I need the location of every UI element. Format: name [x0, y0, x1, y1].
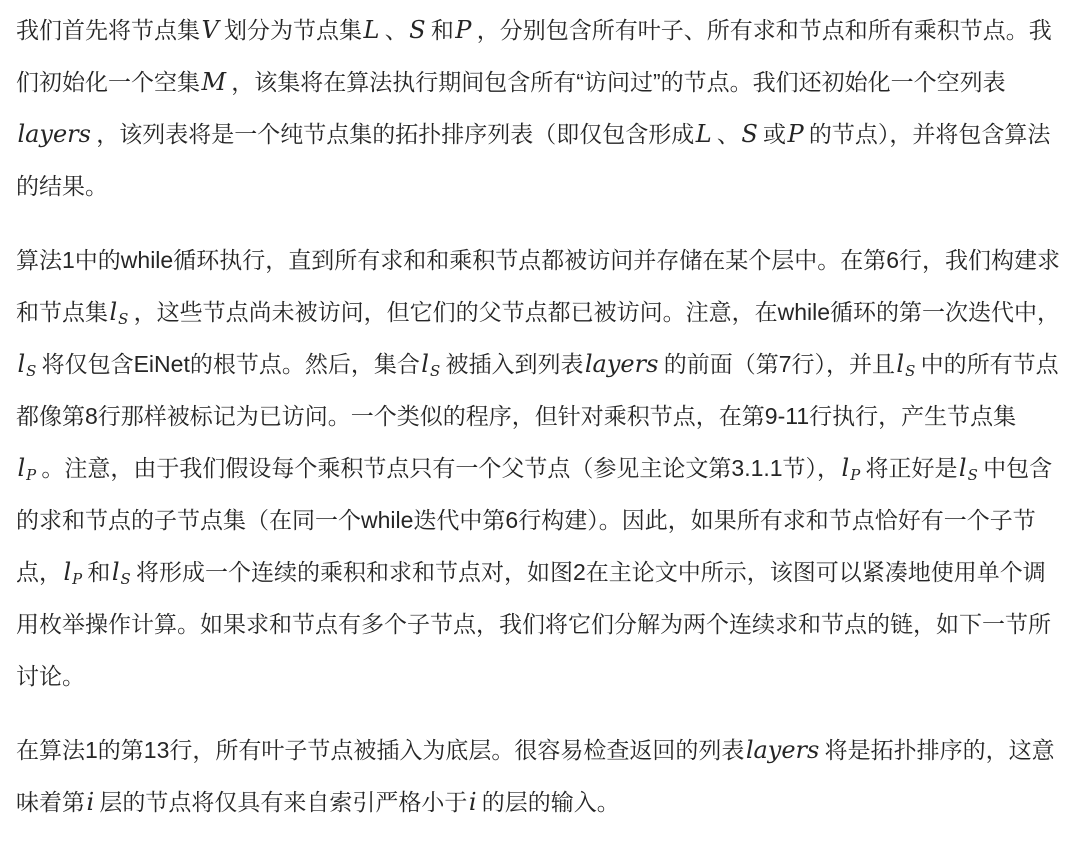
text-run: 、	[385, 17, 408, 43]
math-subscript: S	[968, 466, 978, 484]
math-symbol: S	[409, 16, 425, 44]
text-run: 和	[87, 559, 110, 585]
math-symbol: P	[455, 16, 471, 44]
math-subscript: P	[72, 570, 82, 588]
paragraph: 我们首先将节点集V划分为节点集L、S和P，分别包含所有叶子、所有求和节点和所有乘…	[16, 4, 1064, 212]
math-symbol: P	[787, 120, 803, 148]
text-run: 将形成一个连续的乘积和求和节点对，如图2在主论文中所示，该图可以紧凑地使用单个调…	[16, 559, 1051, 689]
math-symbol-subscripted: lP	[63, 558, 82, 586]
math-subscript: S	[430, 362, 440, 380]
math-subscript: S	[905, 362, 915, 380]
math-symbol: L	[696, 120, 712, 148]
math-symbol: V	[201, 16, 218, 44]
text-run: 被插入到列表	[445, 351, 583, 377]
math-symbol: layers	[746, 736, 820, 764]
math-subscript: P	[850, 466, 860, 484]
math-symbol-subscripted: lP	[17, 454, 36, 482]
math-symbol-subscripted: lS	[109, 298, 128, 326]
math-symbol-subscripted: lP	[842, 454, 861, 482]
math-symbol: i	[469, 788, 477, 816]
math-subscript: S	[118, 310, 128, 328]
math-subscript: P	[26, 466, 36, 484]
text-run: 划分为节点集	[224, 17, 362, 43]
text-run: ，该集将在算法执行期间包含所有“访问过”的节点。我们还初始化一个空列表	[231, 69, 1005, 95]
text-run: 或	[763, 121, 786, 147]
math-symbol: i	[86, 788, 94, 816]
math-symbol-subscripted: lS	[421, 350, 440, 378]
text-run: 和	[431, 17, 454, 43]
math-symbol: L	[363, 16, 379, 44]
text-run: 。注意，由于我们假设每个乘积节点只有一个父节点（参见主论文第3.1.1节），	[41, 455, 840, 481]
text-run: ，该列表将是一个纯节点集的拓扑排序列表（即仅包含形成	[96, 121, 694, 147]
math-symbol: M	[201, 68, 226, 96]
math-symbol-subscripted: lS	[17, 350, 36, 378]
paragraph: 在算法1的第13行，所有叶子节点被插入为底层。很容易检查返回的列表layers将…	[16, 724, 1064, 828]
math-subscript: S	[26, 362, 36, 380]
text-run: 、	[717, 121, 740, 147]
text-run: 将正好是	[865, 455, 957, 481]
math-symbol: layers	[17, 120, 91, 148]
math-symbol: layers	[585, 350, 659, 378]
article-body: 我们首先将节点集V划分为节点集L、S和P，分别包含所有叶子、所有求和节点和所有乘…	[0, 0, 1080, 848]
text-run: 的层的输入。	[482, 789, 620, 815]
text-run: 在算法1的第13行，所有叶子节点被插入为底层。很容易检查返回的列表	[16, 737, 744, 763]
math-symbol-subscripted: lS	[112, 558, 131, 586]
math-symbol: S	[741, 120, 757, 148]
text-run: ，这些节点尚未被访问，但它们的父节点都已被访问。注意，在while循环的第一次迭…	[134, 299, 1060, 325]
text-run: 我们首先将节点集	[16, 17, 200, 43]
text-run: 将仅包含EiNet的根节点。然后，集合	[42, 351, 420, 377]
math-subscript: S	[121, 570, 131, 588]
paragraph: 算法1中的while循环执行，直到所有求和和乘积节点都被访问并存储在某个层中。在…	[16, 234, 1064, 702]
text-run: 层的节点将仅具有来自索引严格小于	[99, 789, 467, 815]
math-symbol-subscripted: lS	[896, 350, 915, 378]
text-run: 的前面（第7行），并且	[664, 351, 895, 377]
math-symbol-subscripted: lS	[959, 454, 978, 482]
